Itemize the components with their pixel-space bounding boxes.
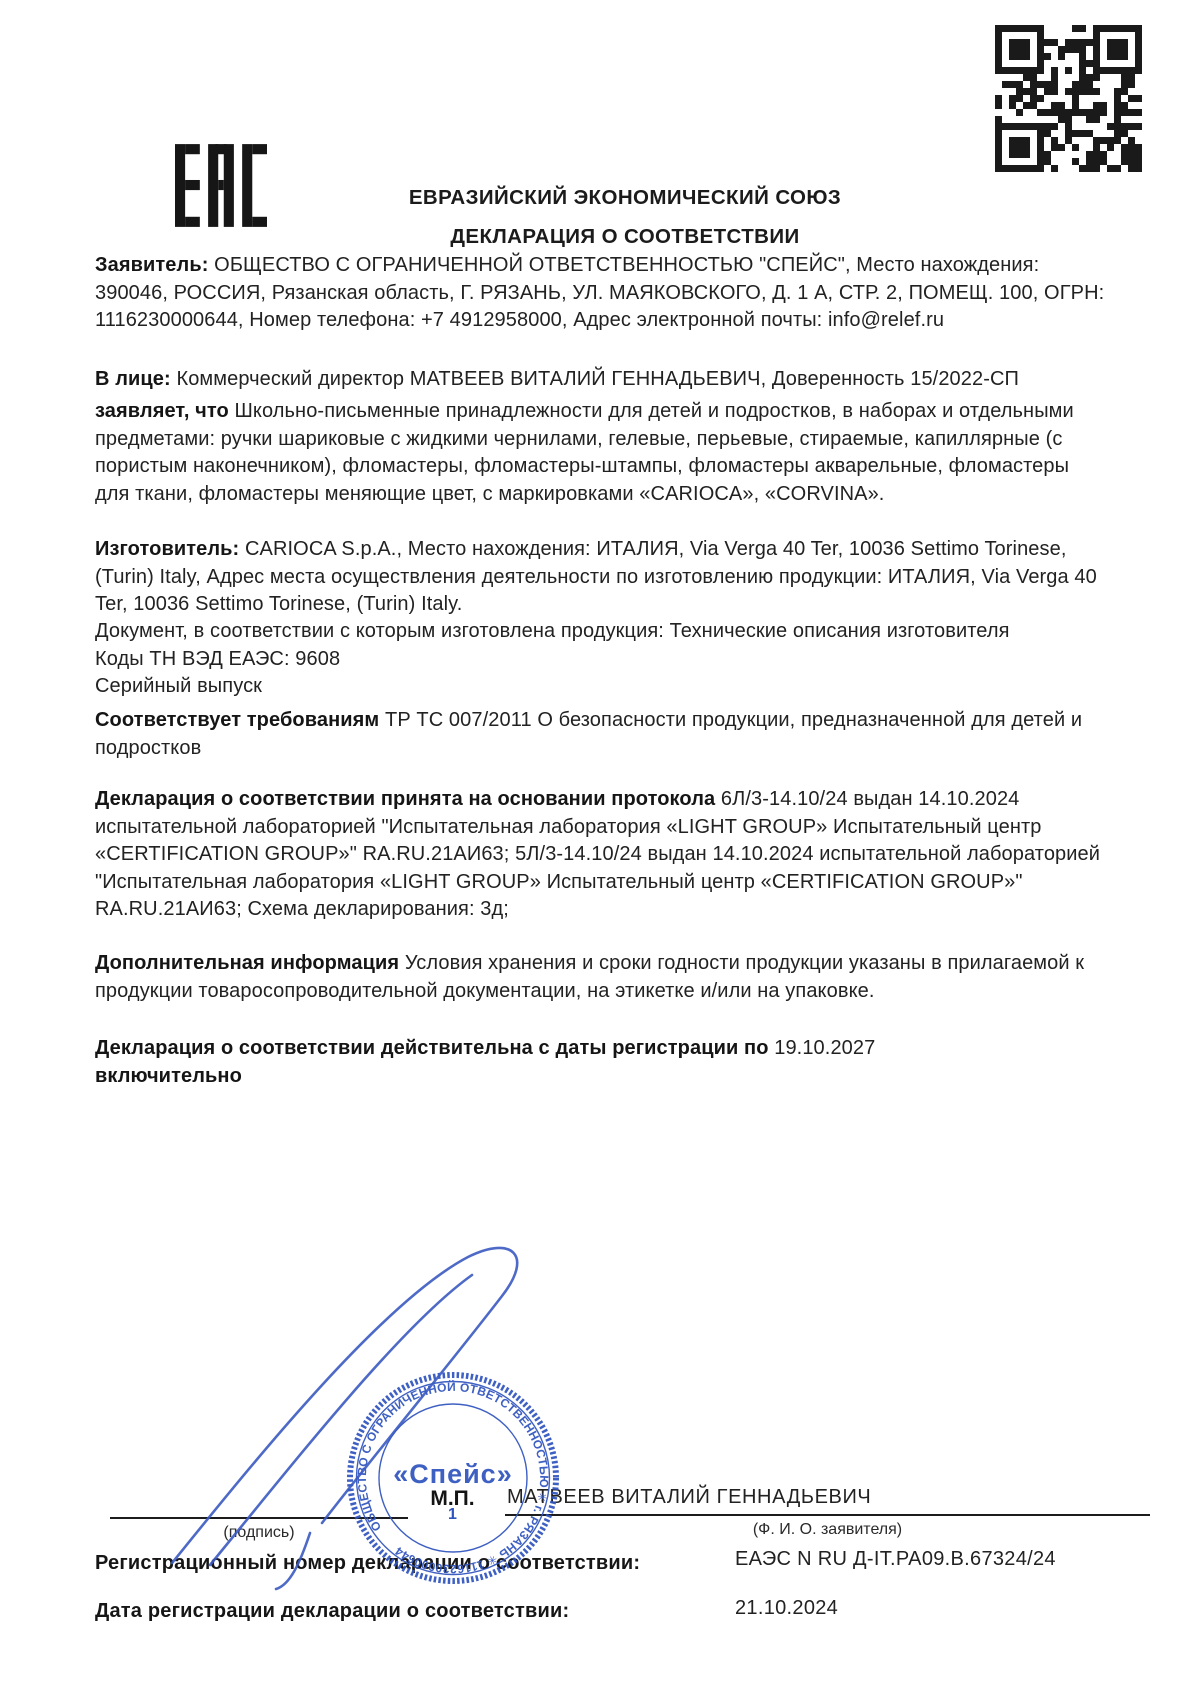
document-title: ДЕКЛАРАЦИЯ О СООТВЕТСТВИИ <box>60 225 1190 249</box>
registration-number-value: ЕАЭС N RU Д-IT.РА09.В.67324/24 <box>735 1548 1056 1571</box>
conformity-paragraph: Соответствует требованиям ТР ТС 007/2011… <box>95 707 1107 762</box>
additional-info-label: Дополнительная информация <box>95 952 399 974</box>
registration-date-label: Дата регистрации декларации о соответств… <box>95 1600 569 1623</box>
representative-paragraph: В лице: Коммерческий директор МАТВЕЕВ ВИ… <box>95 366 1107 394</box>
name-caption: (Ф. И. О. заявителя) <box>505 1521 1150 1539</box>
declares-label: заявляет, что <box>95 400 229 422</box>
handwritten-signature <box>150 1233 550 1593</box>
applicant-name: МАТВЕЕВ ВИТАЛИЙ ГЕННАДЬЕВИЧ <box>507 1486 871 1509</box>
document-line: Документ, в соответствии с которым изгот… <box>95 618 1107 646</box>
basis-paragraph: Декларация о соответствии принята на осн… <box>95 786 1107 924</box>
declares-text: Школьно-письменные принадлежности для де… <box>95 400 1074 505</box>
manufacturer-text: CARIOCA S.p.A., Место нахождения: ИТАЛИЯ… <box>95 538 1097 615</box>
applicant-text: ОБЩЕСТВО С ОГРАНИЧЕННОЙ ОТВЕТСТВЕННОСТЬЮ… <box>95 254 1104 331</box>
conformity-label: Соответствует требованиям <box>95 709 379 731</box>
manufacturer-label: Изготовитель: <box>95 538 239 560</box>
product-document-block: Документ, в соответствии с которым изгот… <box>95 618 1107 701</box>
applicant-paragraph: Заявитель: ОБЩЕСТВО С ОГРАНИЧЕННОЙ ОТВЕТ… <box>95 252 1107 335</box>
declares-paragraph: заявляет, что Школьно-письменные принадл… <box>95 398 1107 508</box>
validity-suffix: включительно <box>95 1065 242 1087</box>
tnved-line: Коды ТН ВЭД ЕАЭС: 9608 <box>95 646 1107 674</box>
union-title: ЕВРАЗИЙСКИЙ ЭКОНОМИЧЕСКИЙ СОЮЗ <box>60 186 1190 210</box>
representative-text: Коммерческий директор МАТВЕЕВ ВИТАЛИЙ ГЕ… <box>176 368 1019 390</box>
additional-info-paragraph: Дополнительная информация Условия хранен… <box>95 950 1107 1005</box>
representative-label: В лице: <box>95 368 171 390</box>
qr-code <box>995 25 1142 172</box>
applicant-label: Заявитель: <box>95 254 209 276</box>
name-line <box>505 1514 1150 1516</box>
declaration-document: ЕВРАЗИЙСКИЙ ЭКОНОМИЧЕСКИЙ СОЮЗ ДЕКЛАРАЦИ… <box>0 0 1190 1684</box>
basis-label: Декларация о соответствии принята на осн… <box>95 788 715 810</box>
validity-paragraph: Декларация о соответствии действительна … <box>95 1035 1107 1090</box>
serial-line: Серийный выпуск <box>95 673 1107 701</box>
validity-label: Декларация о соответствии действительна … <box>95 1037 769 1059</box>
qr-code-icon <box>995 25 1142 172</box>
manufacturer-paragraph: Изготовитель: CARIOCA S.p.A., Место нахо… <box>95 536 1107 619</box>
validity-date: 19.10.2027 <box>774 1037 875 1059</box>
registration-date-value: 21.10.2024 <box>735 1597 838 1620</box>
